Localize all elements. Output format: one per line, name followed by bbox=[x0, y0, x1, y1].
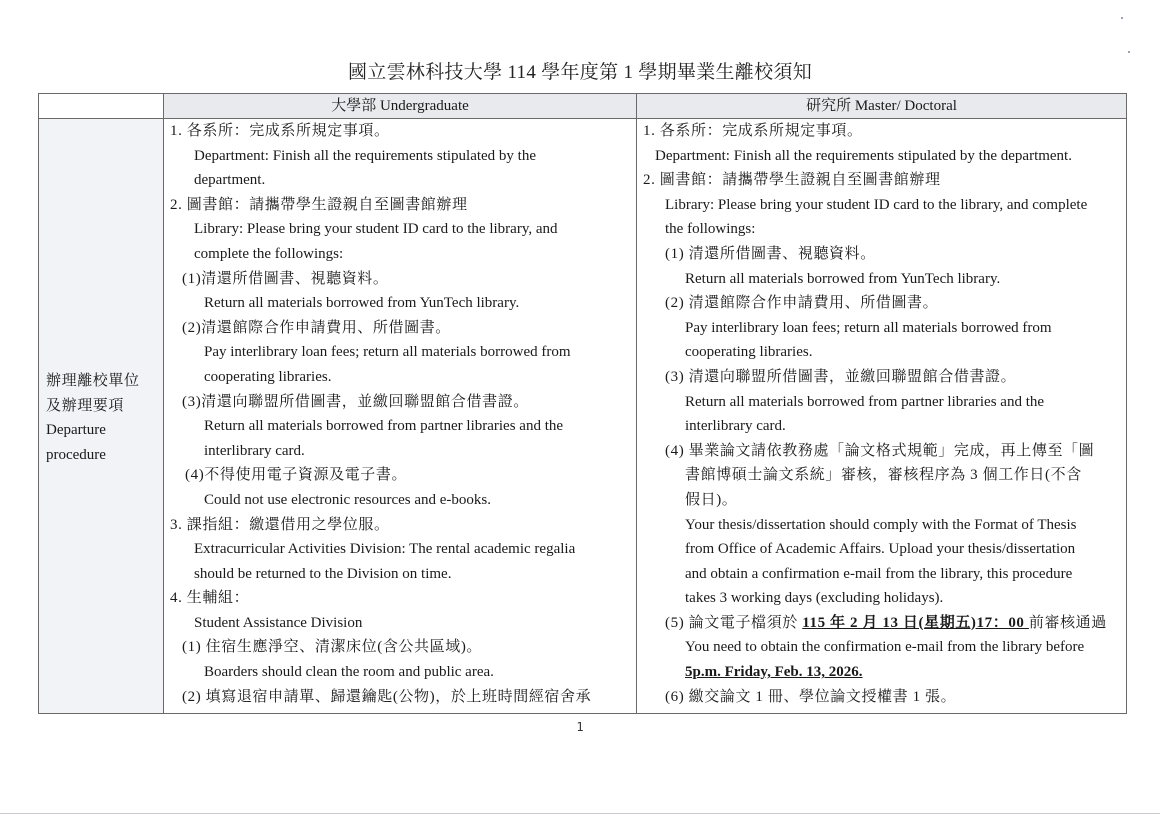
text-line: 4. 生輔組： bbox=[164, 586, 636, 611]
text-line: Return all materials borrowed from YunTe… bbox=[164, 291, 636, 316]
text-line: Student Assistance Division bbox=[164, 611, 636, 636]
row-label: 辦理離校單位 及辦理要項 Departure procedure bbox=[46, 369, 140, 467]
text-line: Library: Please bring your student ID ca… bbox=[637, 193, 1126, 218]
graduate-cell: 1. 各系所：完成系所規定事項。Department: Finish all t… bbox=[637, 119, 1126, 713]
text-line: interlibrary card. bbox=[637, 414, 1126, 439]
text-line: cooperating libraries. bbox=[164, 365, 636, 390]
text-line: interlibrary card. bbox=[164, 439, 636, 464]
text-line: from Office of Academic Affairs. Upload … bbox=[637, 537, 1126, 562]
text-line: (1)清還所借圖書、視聽資料。 bbox=[164, 267, 636, 292]
deadline-highlight: 115 年 2 月 13 日(星期五)17：00 bbox=[802, 615, 1029, 631]
text-line: (3) 清還向聯盟所借圖書，並繳回聯盟館合借書證。 bbox=[637, 365, 1126, 390]
text-line: complete the followings: bbox=[164, 242, 636, 267]
text-line: Your thesis/dissertation should comply w… bbox=[637, 513, 1126, 538]
text-line: (1) 清還所借圖書、視聽資料。 bbox=[637, 242, 1126, 267]
text-line: (4) 畢業論文請依教務處「論文格式規範」完成，再上傳至「圖 bbox=[637, 439, 1126, 464]
text-line: cooperating libraries. bbox=[637, 340, 1126, 365]
text-line: (2) 清還館際合作申請費用、所借圖書。 bbox=[637, 291, 1126, 316]
text-line: 書館博碩士論文系統」審核，審核程序為 3 個工作日(不含 bbox=[637, 463, 1126, 488]
text-line: and obtain a confirmation e-mail from th… bbox=[637, 562, 1126, 587]
text-line: Could not use electronic resources and e… bbox=[164, 488, 636, 513]
deadline-highlight: 5p.m. Friday, Feb. 13, 2026. bbox=[685, 664, 863, 680]
row-label-line: 辦理離校單位 bbox=[46, 369, 140, 394]
text-line: the followings: bbox=[637, 217, 1126, 242]
text-line: Boarders should clean the room and publi… bbox=[164, 660, 636, 685]
header-empty-cell bbox=[39, 94, 164, 119]
text-line: Department: Finish all the requirements … bbox=[637, 144, 1126, 169]
text-line: Return all materials borrowed from partn… bbox=[164, 414, 636, 439]
scan-speck bbox=[1121, 17, 1123, 19]
text-line: Department: Finish all the requirements … bbox=[164, 144, 636, 169]
text-line: 假日)。 bbox=[637, 488, 1126, 513]
undergraduate-lines: 1. 各系所：完成系所規定事項。Department: Finish all t… bbox=[164, 119, 636, 709]
document-title: 國立雲林科技大學 114 學年度第 1 學期畢業生離校須知 bbox=[0, 57, 1160, 84]
text-line: 5p.m. Friday, Feb. 13, 2026. bbox=[637, 660, 1126, 685]
scan-speck bbox=[1128, 51, 1130, 53]
text-line: (3)清還向聯盟所借圖書，並繳回聯盟館合借書證。 bbox=[164, 390, 636, 415]
text-line: (2)清還館際合作申請費用、所借圖書。 bbox=[164, 316, 636, 341]
text-line: (6) 繳交論文 1 冊、學位論文授權書 1 張。 bbox=[637, 685, 1126, 710]
text-prefix: (5) 論文電子檔須於 bbox=[665, 615, 802, 631]
page-number: 1 bbox=[0, 720, 1160, 734]
row-label-line: Departure bbox=[46, 418, 140, 443]
row-label-line: procedure bbox=[46, 443, 140, 468]
departure-table: 大學部 Undergraduate 研究所 Master/ Doctoral 辦… bbox=[38, 93, 1127, 714]
text-line: (4)不得使用電子資源及電子書。 bbox=[164, 463, 636, 488]
text-line: takes 3 working days (excluding holidays… bbox=[637, 586, 1126, 611]
undergraduate-cell: 1. 各系所：完成系所規定事項。Department: Finish all t… bbox=[164, 119, 637, 713]
text-line: You need to obtain the confirmation e-ma… bbox=[637, 635, 1126, 660]
text-line: Return all materials borrowed from YunTe… bbox=[637, 267, 1126, 292]
row-label-line: 及辦理要項 bbox=[46, 394, 140, 419]
text-line: 1. 各系所：完成系所規定事項。 bbox=[637, 119, 1126, 144]
text-line: Pay interlibrary loan fees; return all m… bbox=[164, 340, 636, 365]
row-label-cell: 辦理離校單位 及辦理要項 Departure procedure bbox=[39, 119, 164, 713]
text-line: Pay interlibrary loan fees; return all m… bbox=[637, 316, 1126, 341]
text-line: 3. 課指組：繳還借用之學位服。 bbox=[164, 513, 636, 538]
text-line: 1. 各系所：完成系所規定事項。 bbox=[164, 119, 636, 144]
page-edge-divider bbox=[0, 813, 1160, 814]
header-undergraduate: 大學部 Undergraduate bbox=[164, 94, 637, 119]
graduate-lines: 1. 各系所：完成系所規定事項。Department: Finish all t… bbox=[637, 119, 1126, 709]
text-line: should be returned to the Division on ti… bbox=[164, 562, 636, 587]
text-line: (1) 住宿生應淨空、清潔床位(含公共區域)。 bbox=[164, 635, 636, 660]
text-line: (5) 論文電子檔須於 115 年 2 月 13 日(星期五)17：00 前審核… bbox=[637, 611, 1126, 636]
header-graduate: 研究所 Master/ Doctoral bbox=[637, 94, 1126, 119]
text-line: 2. 圖書館：請攜帶學生證親自至圖書館辦理 bbox=[637, 168, 1126, 193]
text-suffix: 前審核通過 bbox=[1029, 615, 1107, 631]
text-line: Return all materials borrowed from partn… bbox=[637, 390, 1126, 415]
text-line: 2. 圖書館：請攜帶學生證親自至圖書館辦理 bbox=[164, 193, 636, 218]
text-line: Library: Please bring your student ID ca… bbox=[164, 217, 636, 242]
text-line: Extracurricular Activities Division: The… bbox=[164, 537, 636, 562]
text-line: (2) 填寫退宿申請單、歸還鑰匙(公物)，於上班時間經宿舍承 bbox=[164, 685, 636, 710]
text-line: department. bbox=[164, 168, 636, 193]
